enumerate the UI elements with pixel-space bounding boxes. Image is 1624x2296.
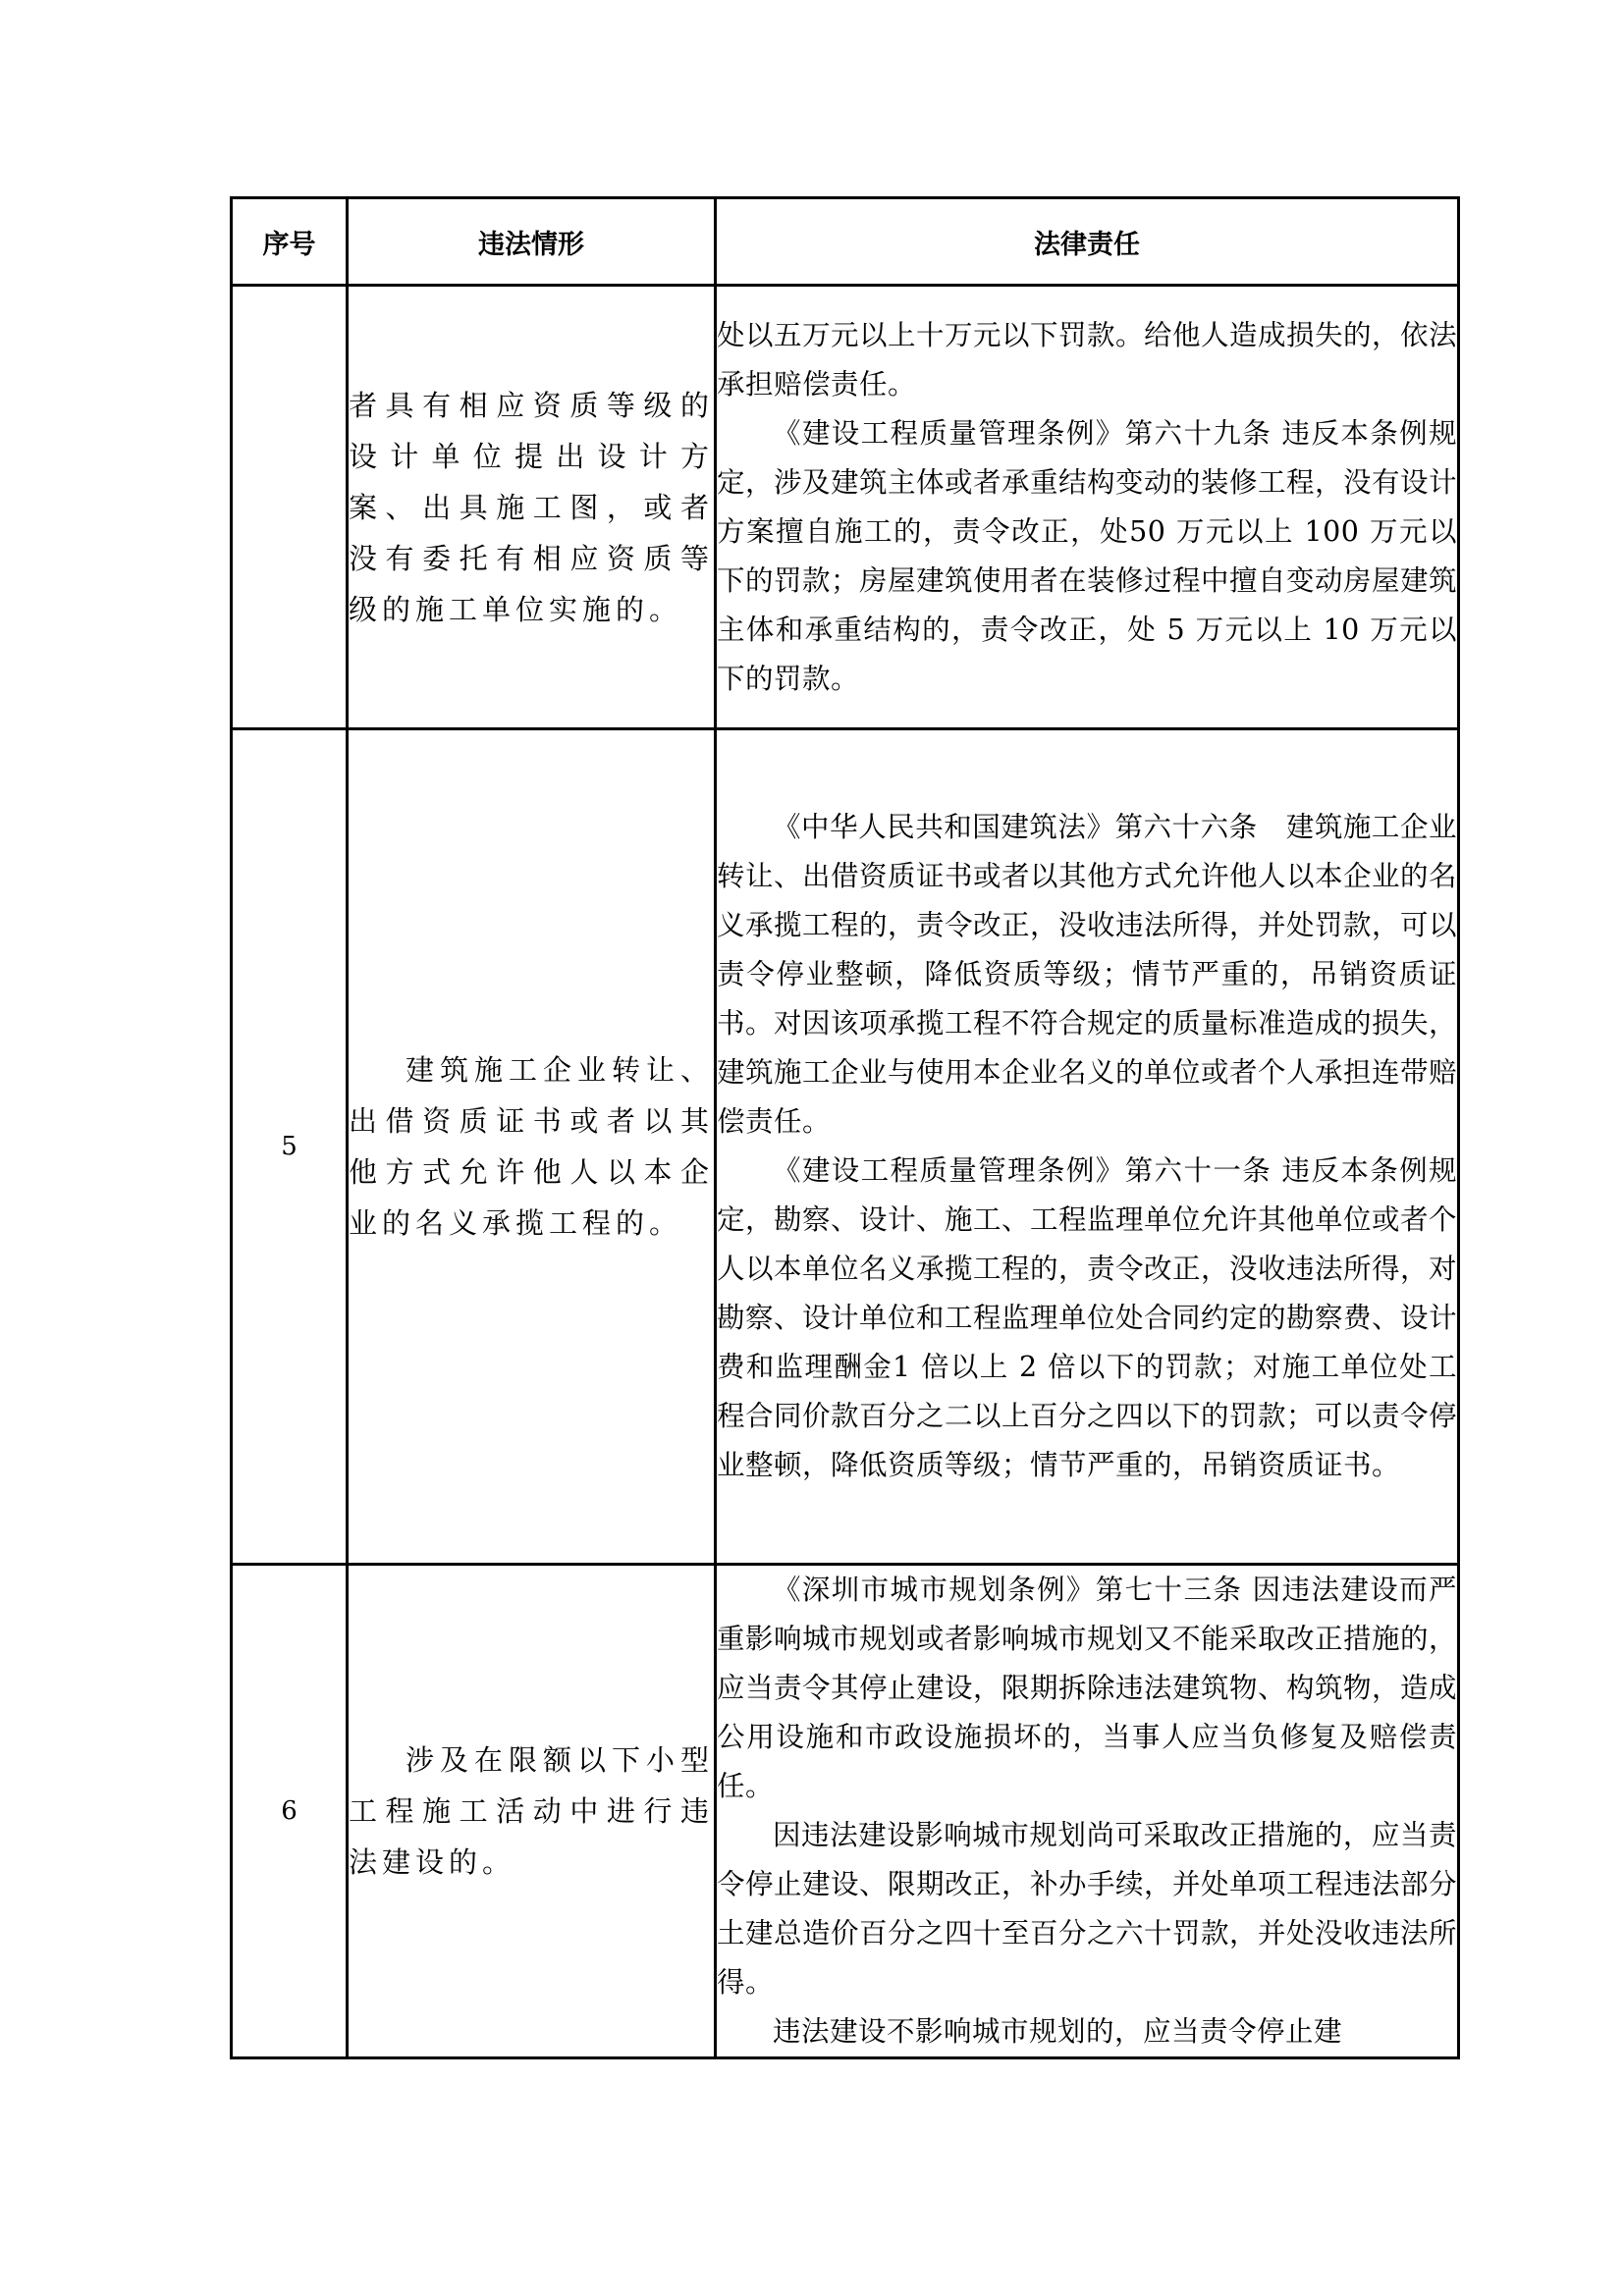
liability-paragraph: 违法建设不影响城市规划的，应当责令停止建: [717, 2007, 1457, 2056]
violation-text: 建筑施工企业转让、出借资质证书或者以其他方式允许他人以本企业的名义承揽工程的。: [349, 1044, 714, 1249]
header-serial-number: 序号: [232, 198, 348, 286]
row-legal-liability: 《中华人民共和国建筑法》第六十六条 建筑施工企业转让、出借资质证书或者以其他方式…: [716, 729, 1459, 1565]
liability-paragraph: 《中华人民共和国建筑法》第六十六条 建筑施工企业转让、出借资质证书或者以其他方式…: [717, 803, 1457, 1147]
row-violation-case: 建筑施工企业转让、出借资质证书或者以其他方式允许他人以本企业的名义承揽工程的。: [348, 729, 716, 1565]
row-legal-liability: 《深圳市城市规划条例》第七十三条 因违法建设而严重影响城市规划或者影响城市规划又…: [716, 1565, 1459, 2058]
violation-text: 涉及在限额以下小型工程施工活动中进行违法建设的。: [349, 1735, 714, 1888]
liability-paragraph: 《建设工程质量管理条例》第六十一条 违反本条例规定，勘察、设计、施工、工程监理单…: [717, 1147, 1457, 1490]
liability-paragraph: 《深圳市城市规划条例》第七十三条 因违法建设而严重影响城市规划或者影响城市规划又…: [717, 1566, 1457, 1811]
liability-paragraph: 《建设工程质量管理条例》第六十九条 违反本条例规定，涉及建筑主体或者承重结构变动…: [717, 409, 1457, 704]
row-violation-case: 涉及在限额以下小型工程施工活动中进行违法建设的。: [348, 1565, 716, 2058]
document-page: 序号 违法情形 法律责任 者具有相应资质等级的设计单位提出设计方案、出具施工图，…: [0, 0, 1624, 2296]
header-violation-case: 违法情形: [348, 198, 716, 286]
row-serial-number: 5: [232, 729, 348, 1565]
table-row: 6 涉及在限额以下小型工程施工活动中进行违法建设的。 《深圳市城市规划条例》第七…: [232, 1565, 1459, 2058]
table-header-row: 序号 违法情形 法律责任: [232, 198, 1459, 286]
row-legal-liability: 处以五万元以上十万元以下罚款。给他人造成损失的，依法承担赔偿责任。 《建设工程质…: [716, 286, 1459, 729]
row-serial-number: [232, 286, 348, 729]
legal-liability-table: 序号 违法情形 法律责任 者具有相应资质等级的设计单位提出设计方案、出具施工图，…: [230, 196, 1460, 2059]
violation-text: 者具有相应资质等级的设计单位提出设计方案、出具施工图，或者没有委托有相应资质等级…: [349, 380, 714, 635]
table-row: 者具有相应资质等级的设计单位提出设计方案、出具施工图，或者没有委托有相应资质等级…: [232, 286, 1459, 729]
row-violation-case: 者具有相应资质等级的设计单位提出设计方案、出具施工图，或者没有委托有相应资质等级…: [348, 286, 716, 729]
row-serial-number: 6: [232, 1565, 348, 2058]
liability-paragraph: 因违法建设影响城市规划尚可采取改正措施的，应当责令停止建设、限期改正，补办手续，…: [717, 1811, 1457, 2007]
header-legal-liability: 法律责任: [716, 198, 1459, 286]
liability-paragraph: 处以五万元以上十万元以下罚款。给他人造成损失的，依法承担赔偿责任。: [717, 311, 1457, 409]
table-row: 5 建筑施工企业转让、出借资质证书或者以其他方式允许他人以本企业的名义承揽工程的…: [232, 729, 1459, 1565]
